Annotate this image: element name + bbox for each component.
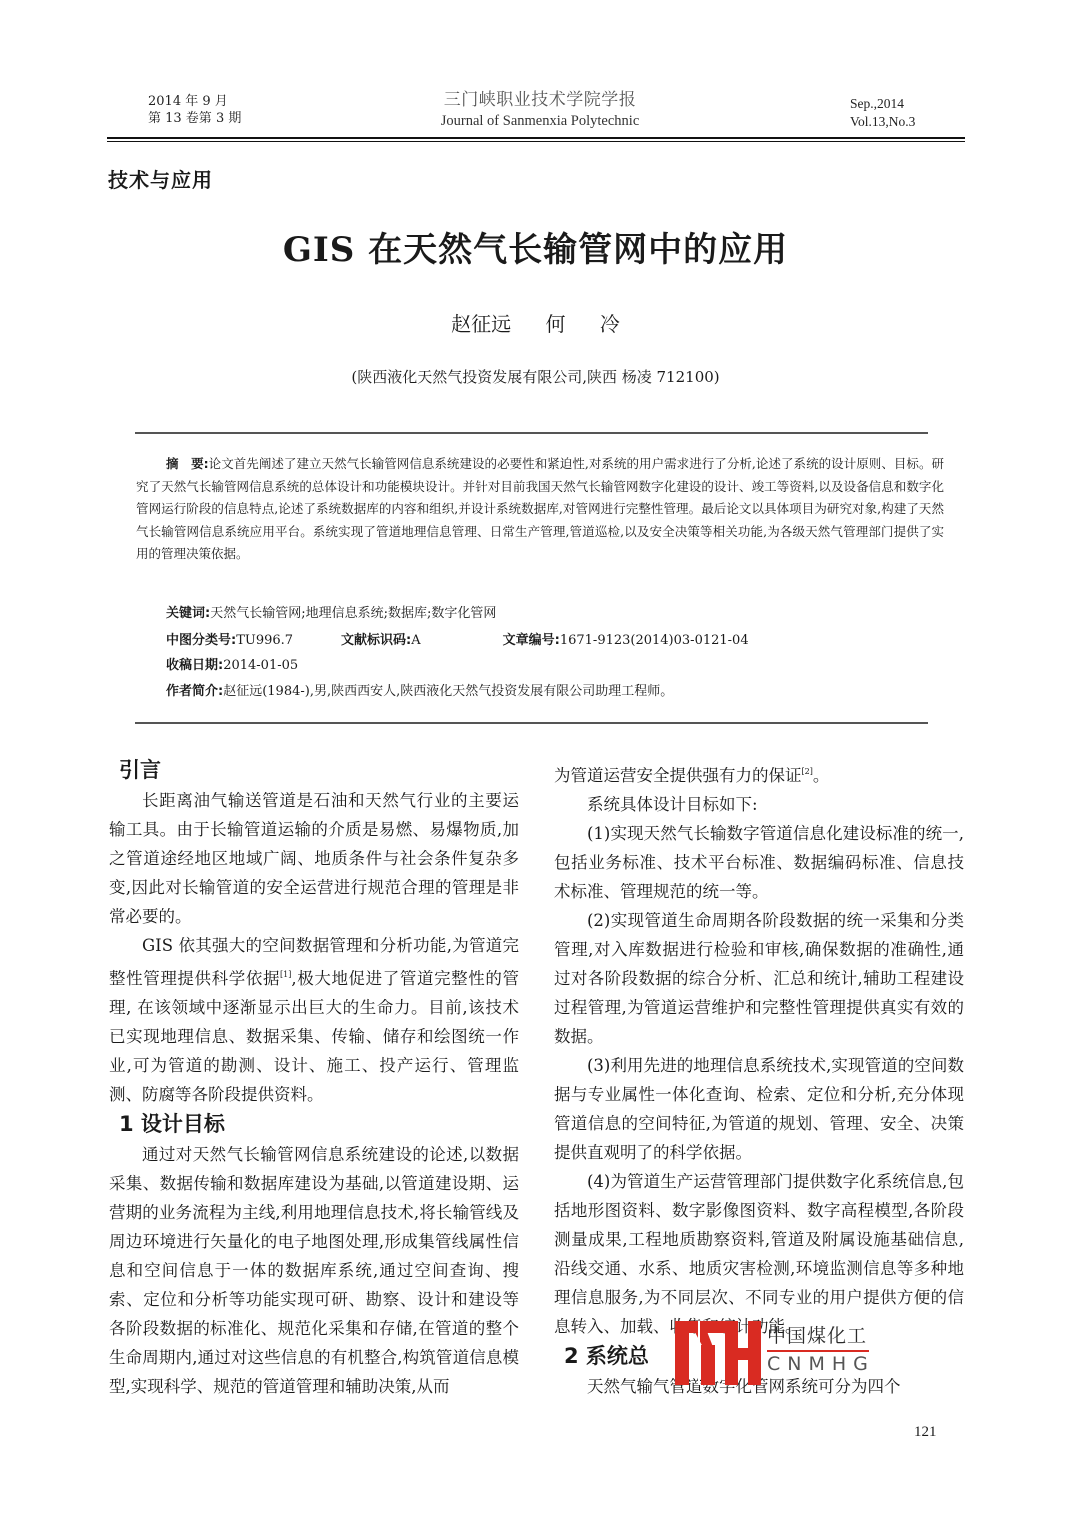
header-volume: Vol.13,No.3: [850, 113, 915, 131]
clc-value: TU996.7: [236, 633, 293, 648]
article-no-label: 文章编号:: [503, 633, 560, 648]
keywords-text: 天然气长输管网;地理信息系统;数据库;数字化管网: [210, 606, 496, 621]
bio-text: 赵征远(1984-),男,陕西西安人,陕西液化天然气投资发展有限公司助理工程师。: [223, 684, 673, 699]
header-issue: 第 13 卷第 3 期: [148, 110, 241, 127]
goal-item: (3)利用先进的地理信息系统技术,实现管道的空间数据与专业属性一体化查询、检索、…: [554, 1051, 964, 1167]
keywords: 关键词:天然气长输管网;地理信息系统;数据库;数字化管网: [166, 605, 496, 623]
paragraph: 为管道运营安全提供强有力的保证[2]。: [554, 757, 964, 790]
keywords-label: 关键词:: [166, 606, 210, 621]
header-rule-thick: [107, 137, 965, 139]
abstract-label: 摘 要:: [166, 456, 209, 471]
authors: 赵征远 何 冷: [0, 308, 1071, 337]
classification-row: 中图分类号:TU996.7文献标识码:A文章编号:1671-9123(2014)…: [166, 632, 749, 650]
abstract-rule-top: [135, 432, 928, 434]
goal-item: (2)实现管道生命周期各阶段数据的统一采集和分类管理,对入库数据进行检验和审核,…: [554, 906, 964, 1051]
heading-intro: 引言: [109, 755, 519, 786]
page-number: 121: [914, 1424, 937, 1441]
citation-ref: [1]: [280, 970, 291, 979]
section-tag: 技术与应用: [108, 164, 213, 193]
paragraph: GIS 依其强大的空间数据管理和分析功能,为管道完整性管理提供科学依据[1],极…: [109, 931, 519, 1109]
abstract-text: 论文首先阐述了建立天然气长输管网信息系统建设的必要性和紧迫性,对系统的用户需求进…: [136, 456, 944, 561]
bio-label: 作者简介:: [166, 684, 223, 699]
author-bio: 作者简介:赵征远(1984-),男,陕西西安人,陕西液化天然气投资发展有限公司助…: [166, 683, 673, 701]
watermark-en: CNMHG: [767, 1353, 875, 1375]
journal-name: 三门峡职业技术学院学报 Journal of Sanmenxia Polytec…: [340, 89, 740, 131]
paragraph: 系统具体设计目标如下:: [554, 790, 964, 819]
paragraph: 长距离油气输送管道是石油和天然气行业的主要运输工具。由于长输管道运输的介质是易燃…: [109, 786, 519, 931]
journal-name-en: Journal of Sanmenxia Polytechnic: [340, 111, 740, 131]
abstract: 摘 要:论文首先阐述了建立天然气长输管网信息系统建设的必要性和紧迫性,对系统的用…: [136, 453, 944, 566]
header-date: 2014 年 9 月: [148, 93, 241, 110]
header-date-en: Sep.,2014: [850, 95, 915, 113]
header-left: 2014 年 9 月 第 13 卷第 3 期: [148, 93, 241, 127]
header-right: Sep.,2014 Vol.13,No.3: [850, 95, 915, 131]
doc-code-value: A: [411, 633, 420, 648]
watermark-divider: [767, 1350, 869, 1352]
goal-item: (1)实现天然气长输数字管道信息化建设标准的统一,包括业务标准、技术平台标准、数…: [554, 819, 964, 906]
watermark-logo: 中国煤化工 CNMHG: [675, 1321, 885, 1386]
header-rule-thin: [107, 141, 965, 142]
received-label: 收稿日期:: [166, 658, 223, 673]
abstract-rule-bottom: [135, 722, 928, 724]
body-column-left: 引言 长距离油气输送管道是石油和天然气行业的主要运输工具。由于长输管道运输的介质…: [109, 755, 519, 1401]
clc-label: 中图分类号:: [166, 633, 236, 648]
doc-code-label: 文献标识码:: [341, 633, 411, 648]
article-no-value: 1671-9123(2014)03-0121-04: [560, 633, 749, 648]
affiliation: (陕西液化天然气投资发展有限公司,陕西 杨凌 712100): [0, 366, 1071, 387]
watermark-cn: 中国煤化工: [767, 1321, 867, 1348]
cnmhg-logo-icon: [675, 1321, 761, 1385]
paragraph: 通过对天然气长输管网信息系统建设的论述,以数据采集、数据传输和数据库建设为基础,…: [109, 1140, 519, 1401]
body-column-right: 为管道运营安全提供强有力的保证[2]。 系统具体设计目标如下: (1)实现天然气…: [554, 757, 964, 1401]
paper-title: GIS 在天然气长输管网中的应用: [0, 222, 1071, 271]
goal-item: (4)为管道生产运营管理部门提供数字化系统信息,包括地形图资料、数字影像图资料、…: [554, 1167, 964, 1341]
citation-ref: [2]: [802, 767, 813, 776]
heading-section-1: 1 设计目标: [109, 1109, 519, 1140]
received-date: 收稿日期:2014-01-05: [166, 657, 298, 675]
received-value: 2014-01-05: [223, 658, 298, 673]
journal-name-cn: 三门峡职业技术学院学报: [340, 89, 740, 111]
